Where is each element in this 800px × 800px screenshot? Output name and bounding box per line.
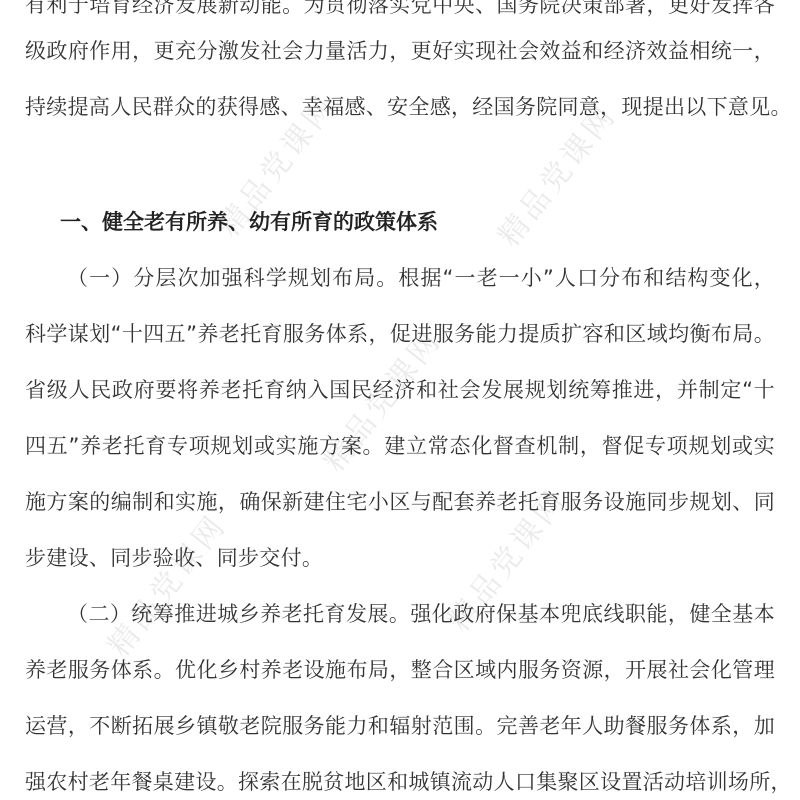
paragraph-line: 有利于培育经济发展新动能。为贯彻落实党中央、国务院决策部署，更好发挥各 <box>25 0 775 19</box>
paragraph-line: 持续提高人民群众的获得感、幸福感、安全感，经国务院同意，现提出以下意见。 <box>25 93 775 121</box>
paragraph-line: 施方案的编制和实施，确保新建住宅小区与配套养老托育服务设施同步规划、同 <box>25 488 775 516</box>
section-heading: 一、健全老有所养、幼有所育的政策体系 <box>60 208 438 236</box>
paragraph-line: 四五”养老托育专项规划或实施方案。建立常态化督查机制，督促专项规划或实 <box>25 432 775 460</box>
paragraph-line: （二）统筹推进城乡养老托育发展。强化政府保基本兜底线职能，健全基本 <box>67 600 775 628</box>
paragraph-line: 步建设、同步验收、同步交付。 <box>25 544 775 572</box>
document-page: 精品党课网 精品党课网 精品党课网 精品党课网 精品党课网 有利于培育经济发展新… <box>0 0 800 800</box>
paragraph-line: 运营，不断拓展乡镇敬老院服务能力和辐射范围。完善老年人助餐服务体系，加 <box>25 712 775 740</box>
paragraph-line: 养老服务体系。优化乡村养老设施布局，整合区域内服务资源，开展社会化管理 <box>25 656 775 684</box>
paragraph-line: 省级人民政府要将养老托育纳入国民经济和社会发展规划统筹推进，并制定“十 <box>25 376 775 404</box>
paragraph-line: 强农村老年餐桌建设。探索在脱贫地区和城镇流动人口集聚区设置活动培训场所， <box>25 768 775 796</box>
paragraph-line: 级政府作用，更充分激发社会力量活力，更好实现社会效益和经济效益相统一， <box>25 37 775 65</box>
watermark: 精品党课网 <box>95 503 234 664</box>
paragraph-line: （一）分层次加强科学规划布局。根据“一老一小”人口分布和结构变化， <box>67 264 775 292</box>
paragraph-line: 科学谋划“十四五”养老托育服务体系，促进服务能力提质扩容和区域均衡布局。 <box>25 320 775 348</box>
